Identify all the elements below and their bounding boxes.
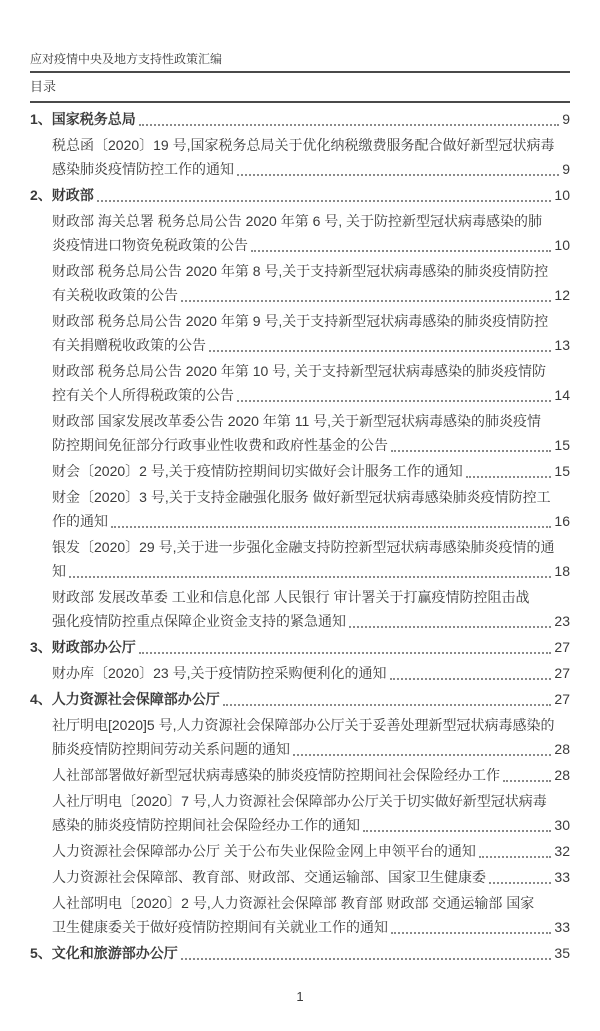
dot-leader — [222, 687, 553, 711]
toc-entry-line: 税总函〔2020〕19 号,国家税务总局关于优化纳税缴费服务配合做好新型冠状病毒 — [30, 133, 570, 157]
dot-leader — [180, 941, 553, 965]
document-page: 应对疫情中央及地方支持性政策汇编 目录 1、国家税务总局9税总函〔2020〕19… — [0, 0, 600, 1031]
toc-entry: 财政部 税务总局公告 2020 年第 8 号,关于支持新型冠状病毒感染的肺炎疫情… — [30, 259, 570, 307]
toc-entry-text: 卫生健康委关于做好疫情防控期间有关就业工作的通知 — [52, 915, 388, 939]
toc-page-number: 14 — [554, 383, 570, 407]
toc-entry: 人社部部署做好新型冠状病毒感染的肺炎疫情防控期间社会保险经办工作28 — [30, 763, 570, 787]
dot-leader — [68, 559, 552, 583]
dot-leader — [110, 509, 552, 533]
dot-leader — [138, 635, 553, 659]
toc-entry-line: 财政部 海关总署 税务总局公告 2020 年第 6 号, 关于防控新型冠状病毒感… — [30, 209, 570, 233]
dot-leader — [348, 609, 552, 633]
toc-page-number: 27 — [554, 635, 570, 659]
toc-entry: 财政部 发展改革委 工业和信息化部 人民银行 审计署关于打赢疫情防控阻击战强化疫… — [30, 585, 570, 633]
toc-section-label: 3、财政部办公厅 — [30, 635, 136, 659]
toc-entry-line: 人社部部署做好新型冠状病毒感染的肺炎疫情防控期间社会保险经办工作28 — [30, 763, 570, 787]
toc-entry-text: 感染的肺炎疫情防控期间社会保险经办工作的通知 — [52, 813, 360, 837]
toc-entry-line: 强化疫情防控重点保障企业资金支持的紧急通知23 — [30, 609, 570, 633]
toc-entry-line: 炎疫情进口物资免税政策的公告10 — [30, 233, 570, 257]
toc-entry-text: 肺炎疫情防控期间劳动关系问题的通知 — [52, 737, 290, 761]
toc-entry-line: 财会〔2020〕2 号,关于疫情防控期间切实做好会计服务工作的通知15 — [30, 459, 570, 483]
toc-entry-line: 财办库〔2020〕23 号,关于疫情防控采购便利化的通知27 — [30, 661, 570, 685]
toc-page-number: 9 — [562, 157, 570, 181]
toc-entry-text: 感染肺炎疫情防控工作的通知 — [52, 157, 234, 181]
toc-entry: 税总函〔2020〕19 号,国家税务总局关于优化纳税缴费服务配合做好新型冠状病毒… — [30, 133, 570, 181]
toc-title: 目录 — [30, 73, 570, 103]
dot-leader — [292, 737, 552, 761]
toc-entry-line: 人力资源社会保障部办公厅 关于公布失业保险金网上申领平台的通知32 — [30, 839, 570, 863]
toc-page-number: 35 — [554, 941, 570, 965]
toc-page-number: 30 — [554, 813, 570, 837]
toc-entry: 人力资源社会保障部、教育部、财政部、交通运输部、国家卫生健康委33 — [30, 865, 570, 889]
dot-leader — [502, 763, 552, 787]
toc-section-label: 1、国家税务总局 — [30, 107, 136, 131]
toc-page-number: 10 — [554, 233, 570, 257]
toc-list: 1、国家税务总局9税总函〔2020〕19 号,国家税务总局关于优化纳税缴费服务配… — [30, 103, 570, 965]
document-header: 应对疫情中央及地方支持性政策汇编 — [30, 0, 570, 73]
toc-page-number: 33 — [554, 915, 570, 939]
toc-entry-text: 知 — [52, 559, 66, 583]
toc-entry-text: 人力资源社会保障部办公厅 关于公布失业保险金网上申领平台的通知 — [52, 839, 476, 863]
toc-entry: 财政部 海关总署 税务总局公告 2020 年第 6 号, 关于防控新型冠状病毒感… — [30, 209, 570, 257]
toc-page-number: 15 — [554, 459, 570, 483]
toc-entry: 财政部 国家发展改革委公告 2020 年第 11 号,关于新型冠状病毒感染的肺炎… — [30, 409, 570, 457]
toc-entry: 财政部 税务总局公告 2020 年第 9 号,关于支持新型冠状病毒感染的肺炎疫情… — [30, 309, 570, 357]
toc-page-number: 16 — [554, 509, 570, 533]
toc-entry-line: 卫生健康委关于做好疫情防控期间有关就业工作的通知33 — [30, 915, 570, 939]
dot-leader — [390, 433, 552, 457]
dot-leader — [362, 813, 552, 837]
toc-entry-text: 炎疫情进口物资免税政策的公告 — [52, 233, 248, 257]
toc-entry-line: 控有关个人所得税政策的公告14 — [30, 383, 570, 407]
toc-entry: 财会〔2020〕2 号,关于疫情防控期间切实做好会计服务工作的通知15 — [30, 459, 570, 483]
dot-leader — [138, 107, 560, 131]
dot-leader — [465, 459, 553, 483]
toc-section-label: 2、财政部 — [30, 183, 94, 207]
dot-leader — [389, 661, 553, 685]
toc-entry-text: 财会〔2020〕2 号,关于疫情防控期间切实做好会计服务工作的通知 — [52, 459, 463, 483]
toc-entry-line: 知18 — [30, 559, 570, 583]
toc-entry: 银发〔2020〕29 号,关于进一步强化金融支持防控新型冠状病毒感染肺炎疫情的通… — [30, 535, 570, 583]
footer-page-number: 1 — [0, 989, 600, 1004]
toc-section-label: 5、文化和旅游部办公厅 — [30, 941, 178, 965]
toc-entry-text: 有关税收政策的公告 — [52, 283, 178, 307]
toc-page-number: 32 — [554, 839, 570, 863]
toc-entry-line: 银发〔2020〕29 号,关于进一步强化金融支持防控新型冠状病毒感染肺炎疫情的通 — [30, 535, 570, 559]
toc-section-heading: 2、财政部10 — [30, 183, 570, 207]
toc-entry-line: 感染的肺炎疫情防控期间社会保险经办工作的通知30 — [30, 813, 570, 837]
toc-page-number: 13 — [554, 333, 570, 357]
toc-entry-line: 肺炎疫情防控期间劳动关系问题的通知28 — [30, 737, 570, 761]
document-header-title: 应对疫情中央及地方支持性政策汇编 — [30, 52, 222, 66]
toc-entry-line: 财政部 税务总局公告 2020 年第 8 号,关于支持新型冠状病毒感染的肺炎疫情… — [30, 259, 570, 283]
toc-page-number: 33 — [554, 865, 570, 889]
toc-entry-line: 作的通知16 — [30, 509, 570, 533]
dot-leader — [208, 333, 552, 357]
toc-entry-line: 财政部 发展改革委 工业和信息化部 人民银行 审计署关于打赢疫情防控阻击战 — [30, 585, 570, 609]
toc-entry: 人力资源社会保障部办公厅 关于公布失业保险金网上申领平台的通知32 — [30, 839, 570, 863]
toc-entry: 社厅明电[2020]5 号,人力资源社会保障部办公厅关于妥善处理新型冠状病毒感染… — [30, 713, 570, 761]
dot-leader — [96, 183, 553, 207]
toc-entry-line: 防控期间免征部分行政事业性收费和政府性基金的公告15 — [30, 433, 570, 457]
toc-entry-text: 作的通知 — [52, 509, 108, 533]
dot-leader — [478, 839, 553, 863]
dot-leader — [180, 283, 552, 307]
toc-entry-line: 有关税收政策的公告12 — [30, 283, 570, 307]
toc-entry-text: 财办库〔2020〕23 号,关于疫情防控采购便利化的通知 — [52, 661, 387, 685]
toc-entry-line: 财政部 税务总局公告 2020 年第 10 号, 关于支持新型冠状病毒感染的肺炎… — [30, 359, 570, 383]
dot-leader — [390, 915, 552, 939]
dot-leader — [236, 383, 552, 407]
toc-entry-line: 财政部 税务总局公告 2020 年第 9 号,关于支持新型冠状病毒感染的肺炎疫情… — [30, 309, 570, 333]
toc-section-heading: 3、财政部办公厅27 — [30, 635, 570, 659]
dot-leader — [236, 157, 560, 181]
toc-page-number: 23 — [554, 609, 570, 633]
toc-entry-line: 感染肺炎疫情防控工作的通知9 — [30, 157, 570, 181]
toc-section-heading: 4、人力资源社会保障部办公厅27 — [30, 687, 570, 711]
toc-entry-line: 人力资源社会保障部、教育部、财政部、交通运输部、国家卫生健康委33 — [30, 865, 570, 889]
toc-entry-text: 防控期间免征部分行政事业性收费和政府性基金的公告 — [52, 433, 388, 457]
toc-entry-text: 强化疫情防控重点保障企业资金支持的紧急通知 — [52, 609, 346, 633]
toc-page-number: 15 — [554, 433, 570, 457]
toc-entry-text: 控有关个人所得税政策的公告 — [52, 383, 234, 407]
toc-page-number: 18 — [554, 559, 570, 583]
toc-page-number: 10 — [554, 183, 570, 207]
toc-entry-line: 财政部 国家发展改革委公告 2020 年第 11 号,关于新型冠状病毒感染的肺炎… — [30, 409, 570, 433]
toc-entry-line: 人社部明电〔2020〕2 号,人力资源社会保障部 教育部 财政部 交通运输部 国… — [30, 891, 570, 915]
toc-entry-text: 人力资源社会保障部、教育部、财政部、交通运输部、国家卫生健康委 — [52, 865, 486, 889]
toc-page-number: 27 — [554, 661, 570, 685]
toc-entry-text: 人社部部署做好新型冠状病毒感染的肺炎疫情防控期间社会保险经办工作 — [52, 763, 500, 787]
toc-page-number: 27 — [554, 687, 570, 711]
toc-entry: 财政部 税务总局公告 2020 年第 10 号, 关于支持新型冠状病毒感染的肺炎… — [30, 359, 570, 407]
toc-entry-line: 财金〔2020〕3 号,关于支持金融强化服务 做好新型冠状病毒感染肺炎疫情防控工 — [30, 485, 570, 509]
toc-entry-text: 有关捐赠税收政策的公告 — [52, 333, 206, 357]
toc-entry: 财办库〔2020〕23 号,关于疫情防控采购便利化的通知27 — [30, 661, 570, 685]
toc-entry: 人社厅明电〔2020〕7 号,人力资源社会保障部办公厅关于切实做好新型冠状病毒感… — [30, 789, 570, 837]
toc-page-number: 9 — [562, 107, 570, 131]
toc-entry: 财金〔2020〕3 号,关于支持金融强化服务 做好新型冠状病毒感染肺炎疫情防控工… — [30, 485, 570, 533]
toc-entry: 人社部明电〔2020〕2 号,人力资源社会保障部 教育部 财政部 交通运输部 国… — [30, 891, 570, 939]
toc-entry-line: 人社厅明电〔2020〕7 号,人力资源社会保障部办公厅关于切实做好新型冠状病毒 — [30, 789, 570, 813]
toc-page-number: 12 — [554, 283, 570, 307]
toc-section-heading: 1、国家税务总局9 — [30, 107, 570, 131]
dot-leader — [488, 865, 552, 889]
toc-page-number: 28 — [554, 737, 570, 761]
toc-entry-line: 社厅明电[2020]5 号,人力资源社会保障部办公厅关于妥善处理新型冠状病毒感染… — [30, 713, 570, 737]
toc-section-label: 4、人力资源社会保障部办公厅 — [30, 687, 220, 711]
toc-section-heading: 5、文化和旅游部办公厅35 — [30, 941, 570, 965]
toc-entry-line: 有关捐赠税收政策的公告13 — [30, 333, 570, 357]
toc-page-number: 28 — [554, 763, 570, 787]
dot-leader — [250, 233, 552, 257]
